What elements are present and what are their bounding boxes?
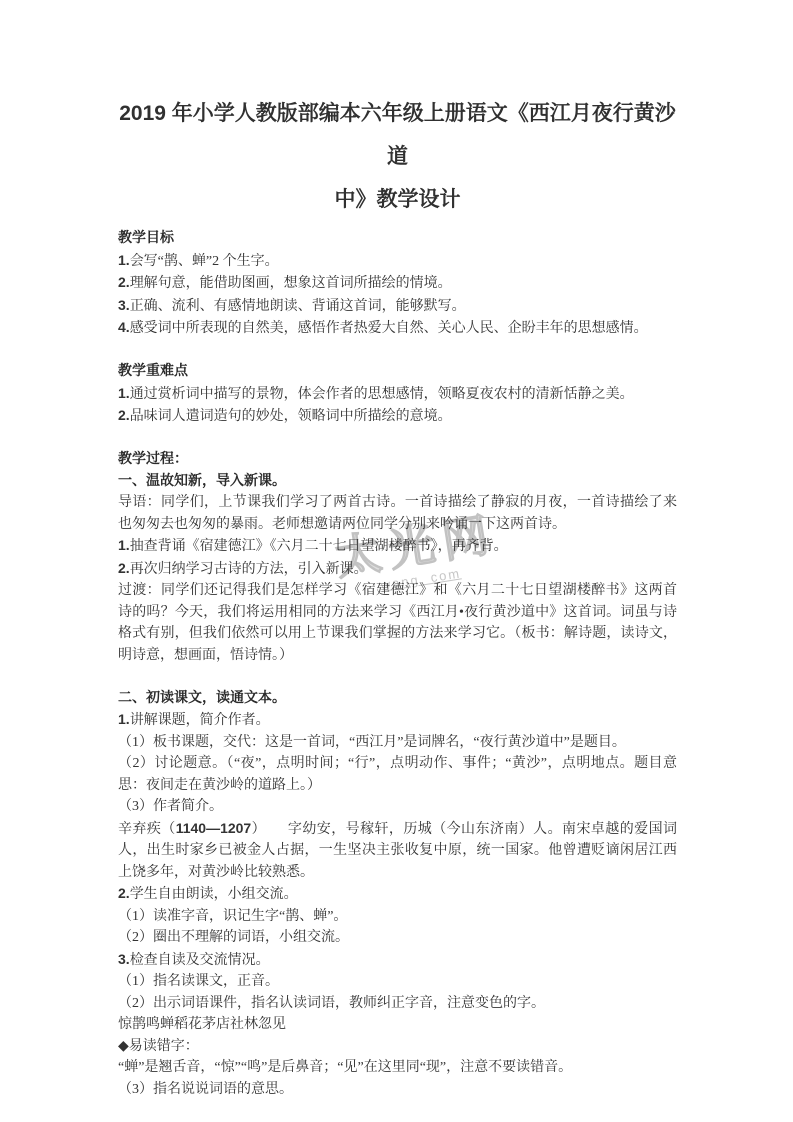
numbered-item: 2.再次归纳学习古诗的方法，引入新课。 xyxy=(118,558,677,581)
item-text: 检查自读及交流情况。 xyxy=(130,953,270,968)
paragraph: 过渡：同学们还记得我们是怎样学习《宿建德江》和《六月二十七日望湖楼醉书》这两首诗… xyxy=(118,580,677,666)
paragraph: “蝉”是翘舌音，“惊”“鸣”是后鼻音；“见”在这里同“现”，注意不要读错音。 xyxy=(118,1057,677,1079)
numbered-item: 1.抽查背诵《宿建德江》《六月二十七日望湖楼醉书》，再齐背。 xyxy=(118,535,677,558)
item-text: 理解句意，能借助图画，想象这首词所描绘的情境。 xyxy=(130,276,452,291)
document-sheet: 太光网 wang. com 2019 年小学人教版部编本六年级上册语文《西江月夜… xyxy=(0,0,793,1122)
item-text: 讲解课题，简介作者。 xyxy=(130,713,270,728)
diamond-note-heading: ◆易读错字： xyxy=(118,1036,677,1058)
item-number: 2. xyxy=(118,560,130,576)
paragraph: （2）讨论题意。（“夜”，点明时间；“行”，点明动作、事件；“黄沙”，点明地点。… xyxy=(118,753,677,796)
numbered-item: 4.感受词中所表现的自然美，感悟作者热爱大自然、关心人民、企盼丰年的思想感情。 xyxy=(118,317,677,340)
item-number: 3. xyxy=(118,951,130,967)
numbered-item: 3.检查自读及交流情况。 xyxy=(118,949,677,972)
item-text: 通过赏析词中描写的景物，体会作者的思想感情，领略夏夜农村的清新恬静之美。 xyxy=(130,387,634,402)
item-text: 品味词人遣词造句的妙处，领略词中所描绘的意境。 xyxy=(130,409,452,424)
section-heading-objectives: 教学目标 xyxy=(118,228,677,250)
title-line-2: 中》教学设计 xyxy=(335,188,461,211)
author-name: 辛弃疾（ xyxy=(118,822,176,837)
item-text: 再次归纳学习古诗的方法，引入新课。 xyxy=(130,562,368,577)
paragraph: （1）读准字音，识记生字“鹊、蝉”。 xyxy=(118,906,677,928)
subsection-heading-2: 二、初读课文，读通文本。 xyxy=(118,688,677,710)
numbered-item: 1.通过赏析词中描写的景物，体会作者的思想感情，领略夏夜农村的清新恬静之美。 xyxy=(118,383,677,406)
numbered-item: 2.品味词人遣词造句的妙处，领略词中所描绘的意境。 xyxy=(118,405,677,428)
subsection-heading-1: 一、温故知新，导入新课。 xyxy=(118,471,677,493)
paragraph: （3）指名说说词语的意思。 xyxy=(118,1079,677,1101)
numbered-item: 1.会写“鹊、蝉”2 个生字。 xyxy=(118,250,677,273)
word-list: 惊鹊鸣蝉稻花茅店社林忽见 xyxy=(118,1014,677,1036)
numbered-item: 3.正确、流利、有感情地朗读、背诵这首词，能够默写。 xyxy=(118,295,677,318)
item-text: 学生自由朗读，小组交流。 xyxy=(130,887,298,902)
section-heading-key-points: 教学重难点 xyxy=(118,361,677,383)
paragraph: （2）圈出不理解的词语，小组交流。 xyxy=(118,927,677,949)
numbered-item: 1.讲解课题，简介作者。 xyxy=(118,709,677,732)
item-number: 2. xyxy=(118,885,130,901)
item-number: 2. xyxy=(118,274,130,290)
paragraph: （2）出示词语课件，指名认读词语，教师纠正字音，注意变色的字。 xyxy=(118,993,677,1015)
item-number: 1. xyxy=(118,252,130,268)
item-text: 感受词中所表现的自然美，感悟作者热爱大自然、关心人民、企盼丰年的思想感情。 xyxy=(130,321,648,336)
paragraph: 导语：同学们，上节课我们学习了两首古诗。一首诗描绘了静寂的月夜，一首诗描绘了来也… xyxy=(118,492,677,535)
item-text: 会写“鹊、蝉”2 个生字。 xyxy=(130,254,279,269)
item-number: 1. xyxy=(118,385,130,401)
section-heading-process: 教学过程： xyxy=(118,449,677,471)
numbered-item: 2.理解句意，能借助图画，想象这首词所描绘的情境。 xyxy=(118,272,677,295)
author-paragraph: 辛弃疾（1140—1207） 字幼安，号稼轩，历城（今山东济南）人。南宋卓越的爱… xyxy=(118,818,677,884)
item-number: 1. xyxy=(118,537,130,553)
paragraph: （1）板书课题，交代：这是一首词，“西江月”是词牌名，“夜行黄沙道中”是题目。 xyxy=(118,732,677,754)
item-text: 正确、流利、有感情地朗读、背诵这首词，能够默写。 xyxy=(130,299,466,314)
item-number: 2. xyxy=(118,407,130,423)
item-number: 4. xyxy=(118,319,130,335)
item-number: 3. xyxy=(118,297,130,313)
title-line-1: 2019 年小学人教版部编本六年级上册语文《西江月夜行黄沙道 xyxy=(119,102,676,168)
author-years: 1140—1207 xyxy=(176,820,252,836)
item-text: 抽查背诵《宿建德江》《六月二十七日望湖楼醉书》，再齐背。 xyxy=(130,539,508,554)
item-number: 1. xyxy=(118,711,130,727)
document-title: 2019 年小学人教版部编本六年级上册语文《西江月夜行黄沙道 中》教学设计 xyxy=(118,92,677,221)
paragraph: （3）作者简介。 xyxy=(118,796,677,818)
numbered-item: 2.学生自由朗读，小组交流。 xyxy=(118,883,677,906)
document-page: 2019 年小学人教版部编本六年级上册语文《西江月夜行黄沙道 中》教学设计 教学… xyxy=(118,92,677,1100)
paragraph: （1）指名读课文，正音。 xyxy=(118,971,677,993)
